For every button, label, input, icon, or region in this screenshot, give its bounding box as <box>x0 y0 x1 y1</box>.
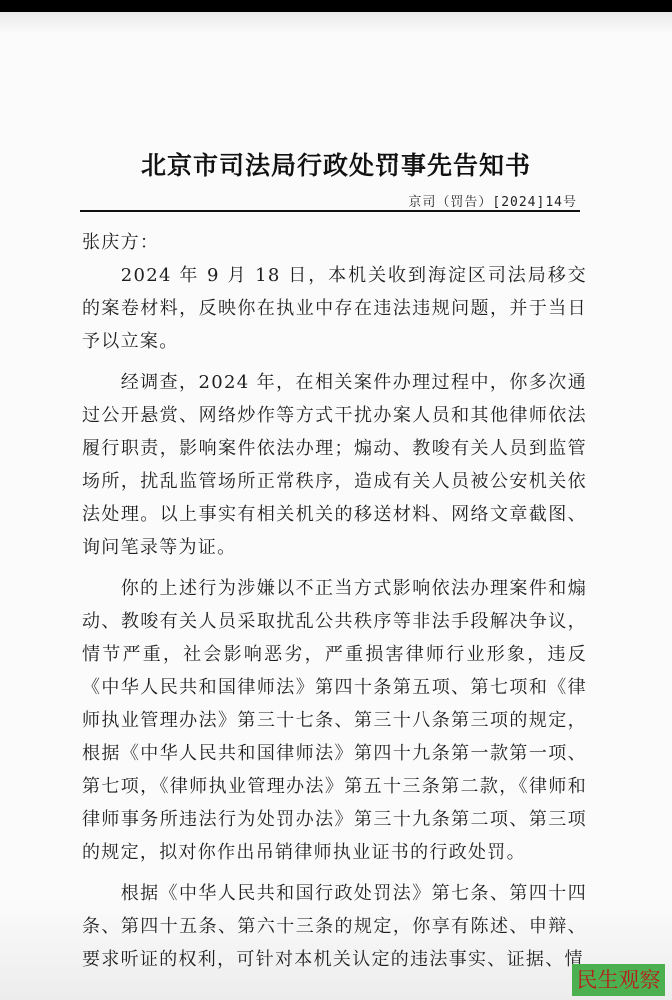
document-title: 北京市司法局行政处罚事先告知书 <box>0 146 672 182</box>
paragraph-case-filing: 2024 年 9 月 18 日，本机关收到海淀区司法局移交的案卷材料，反映你在执… <box>82 259 587 358</box>
header-divider <box>80 210 580 212</box>
document-number: 京司（罚告）[2024]14号 <box>408 191 577 210</box>
watermark-logo: 民生观察 <box>572 964 665 996</box>
salutation: 张庆方： <box>82 226 587 259</box>
paragraph-investigation: 经调查，2024 年，在相关案件办理过程中，你多次通过公开悬赏、网络炒作等方式干… <box>82 366 587 564</box>
paragraph-violation: 你的上述行为涉嫌以不正当方式影响依法办理案件和煽动、教唆有关人员采取扰乱公共秩序… <box>82 572 587 869</box>
document-body: 张庆方： 2024 年 9 月 18 日，本机关收到海淀区司法局移交的案卷材料，… <box>82 226 587 976</box>
paragraph-rights: 根据《中华人民共和国行政处罚法》第七条、第四十四条、第四十五条、第六十三条的规定… <box>82 877 587 976</box>
document-page: 北京市司法局行政处罚事先告知书 京司（罚告）[2024]14号 张庆方： 202… <box>0 0 672 1000</box>
